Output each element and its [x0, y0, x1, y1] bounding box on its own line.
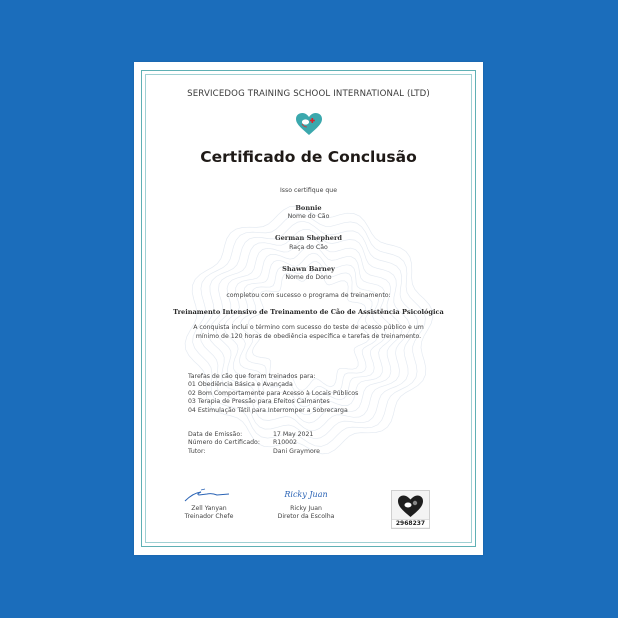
intro-text: Isso certifique que: [134, 187, 483, 194]
certificate-info: Data de Emissão: 17 May 2021 Número do C…: [188, 431, 320, 456]
signature-block-director: Ricky Juan Ricky Juan Diretor da Escolha: [266, 485, 346, 522]
task-item: 03 Terapia de Pressão para Efeitos Calma…: [188, 398, 358, 406]
description-line-2: mínimo de 120 horas de obediência especí…: [174, 332, 443, 341]
program-name: Treinamento Intensivo de Treinamento de …: [134, 308, 483, 316]
program-description: A conquista inclui o término com sucesso…: [134, 323, 483, 341]
seal-heart-icon: [392, 491, 429, 519]
heart-dog-cross-icon: [295, 112, 323, 136]
description-line-1: A conquista inclui o término com sucesso…: [174, 323, 443, 332]
dog-name-label: Nome do Cão: [134, 213, 483, 220]
tasks-list: Tarefas de cão que foram treinados para:…: [188, 373, 358, 415]
signature-ricky: Ricky Juan: [266, 485, 346, 505]
cert-number-row: Número do Certificado: R10002: [188, 439, 320, 447]
task-item: 04 Estimulação Tátil para Interromper a …: [188, 407, 358, 415]
signer-name: Zell Yanyan: [169, 505, 249, 513]
task-item: 01 Obediência Básica e Avançada: [188, 381, 358, 389]
cert-number-label: Número do Certificado:: [188, 439, 273, 447]
signature-block-trainer: Zell Yanyan Treinador Chefe: [169, 485, 249, 522]
issue-date-value: 17 May 2021: [273, 431, 313, 439]
owner-name: Shawn Barney: [134, 265, 483, 273]
school-name: SERVICEDOG TRAINING SCHOOL INTERNATIONAL…: [134, 89, 483, 99]
cert-number-value: R10002: [273, 439, 297, 447]
task-item: 02 Bom Comportamente para Acesso à Locai…: [188, 390, 358, 398]
dog-name: Bonnie: [134, 204, 483, 212]
owner-name-label: Nome do Dono: [134, 274, 483, 281]
dog-breed-label: Raça do Cão: [134, 244, 483, 251]
completed-text: completou com sucesso o programa de trei…: [134, 292, 483, 299]
signature-zell-icon: [179, 485, 239, 505]
signer-name: Ricky Juan: [266, 505, 346, 513]
tutor-label: Tutor:: [188, 448, 273, 456]
tutor-row: Tutor: Dani Graymore: [188, 448, 320, 456]
tutor-value: Dani Graymore: [273, 448, 320, 456]
signer-role: Treinador Chefe: [169, 513, 249, 521]
dog-breed: German Shepherd: [134, 234, 483, 242]
signer-role: Diretor da Escolha: [266, 513, 346, 521]
verification-seal: 2968237: [391, 490, 430, 529]
certificate-page: SERVICEDOG TRAINING SCHOOL INTERNATIONAL…: [134, 62, 483, 555]
certificate-title: Certificado de Conclusão: [134, 148, 483, 166]
seal-number: 2968237: [392, 519, 429, 527]
